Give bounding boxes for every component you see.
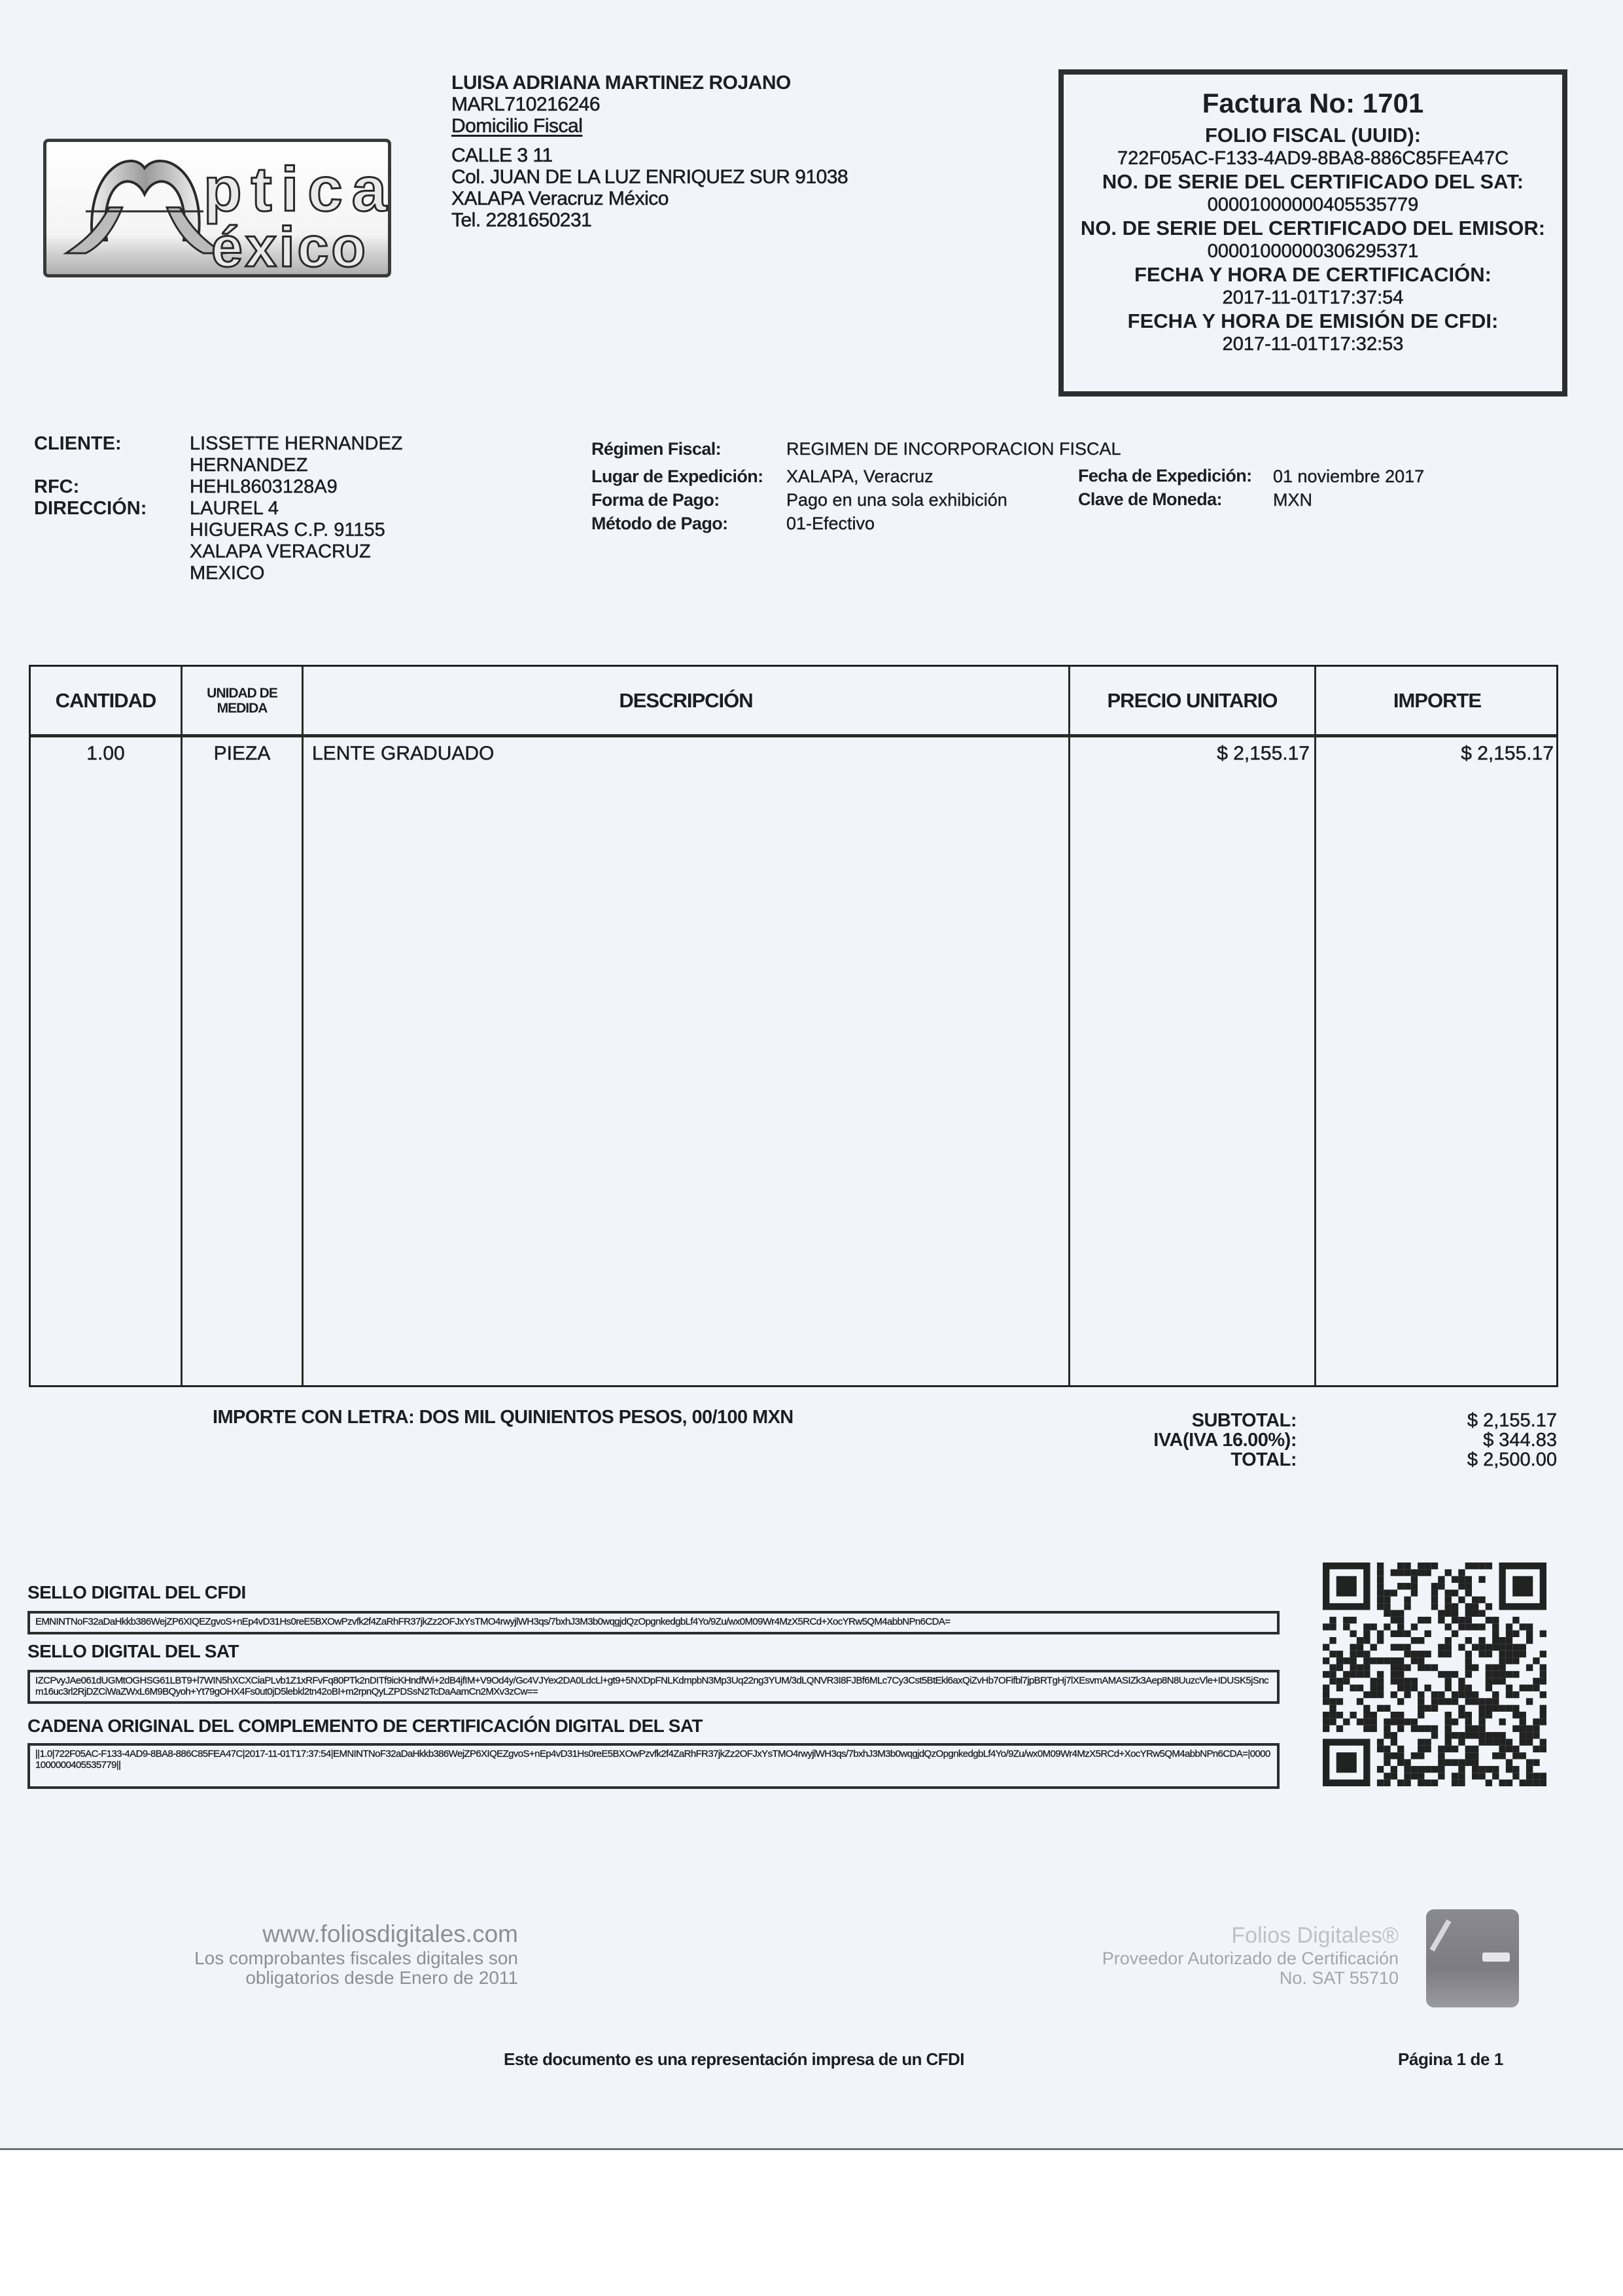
sello-sat-label: SELLO DIGITAL DEL SAT [27, 1641, 239, 1662]
column-divider [1314, 667, 1316, 1385]
metodo-pago-label: Método de Pago: [591, 513, 786, 537]
pac-number: No. SAT 55710 [1047, 1968, 1399, 1988]
seal-stripe [1430, 1919, 1452, 1951]
emision-date-label: FECHA Y HORA DE EMISIÓN DE CFDI: [1064, 309, 1562, 334]
row-importe: $ 2,155.17 [1316, 743, 1554, 765]
moneda-value: MXN [1273, 489, 1565, 513]
page-number: Página 1 de 1 [1398, 2049, 1503, 2070]
iva-value: $ 344.83 [1348, 1430, 1557, 1450]
header-precio-unitario: PRECIO UNITARIO [1070, 667, 1314, 734]
emitter-rfc: MARL710216246 [451, 94, 848, 115]
client-rfc: HEHL8603128A9 [190, 476, 403, 498]
uuid-value: 722F05AC-F133-4AD9-8BA8-886C85FEA47C [1064, 148, 1562, 169]
uuid-label: FOLIO FISCAL (UUID): [1064, 123, 1562, 148]
pac-brand: Folios Digitales® [1047, 1922, 1399, 1949]
cadena-original-label: CADENA ORIGINAL DEL COMPLEMENTO DE CERTI… [27, 1716, 703, 1737]
emitter-colonia: Col. JUAN DE LA LUZ ENRIQUEZ SUR 91038 [451, 166, 848, 188]
client-address-3: XALAPA VERACRUZ [190, 541, 403, 563]
importe-letra-value: DOS MIL QUINIENTOS PESOS, 00/100 MXN [419, 1407, 794, 1428]
emitter-city: XALAPA Veracruz México [451, 188, 848, 209]
client-labels: CLIENTE: RFC: DIRECCIÓN: [34, 433, 147, 520]
emitter-street: CALLE 3 11 [451, 145, 848, 166]
subtotal-label: SUBTOTAL: [1112, 1411, 1297, 1430]
header-descripcion: DESCRIPCIÓN [304, 667, 1068, 734]
row-descripcion: LENTE GRADUADO [312, 743, 494, 765]
totals-values: $ 2,155.17 $ 344.83 $ 2,500.00 [1348, 1411, 1557, 1470]
direccion-label: DIRECCIÓN: [34, 498, 147, 520]
emisor-cert-label: NO. DE SERIE DEL CERTIFICADO DEL EMISOR: [1064, 216, 1562, 241]
header-cantidad: CANTIDAD [31, 667, 181, 734]
pac-note-line2: obligatorios desde Enero de 2011 [131, 1968, 518, 1988]
emitter-name: LUISA ADRIANA MARTINEZ ROJANO [451, 72, 848, 94]
moneda-label: Clave de Moneda: [1078, 489, 1273, 513]
client-values: LISSETTE HERNANDEZ HERNANDEZ HEHL8603128… [190, 433, 403, 584]
company-logo: ptica éxico [43, 139, 391, 277]
cert-date-value: 2017-11-01T17:37:54 [1064, 287, 1562, 309]
row-cantidad: 1.00 [31, 743, 181, 765]
invoice-fiscal-box: Factura No: 1701 FOLIO FISCAL (UUID): 72… [1058, 69, 1567, 397]
forma-pago-value: Pago en una sola exhibición [786, 489, 1078, 513]
sello-sat-value: IZCPvyJAe061dUGMtOGHSG61LBT9+l7WIN5hXCXC… [27, 1670, 1280, 1704]
domicilio-fiscal-label: Domicilio Fiscal [451, 115, 848, 137]
client-address-4: MEXICO [190, 563, 403, 584]
header-unidad-line2: MEDIDA [217, 701, 268, 716]
client-address-2: HIGUERAS C.P. 91155 [190, 520, 403, 541]
emision-date-value: 2017-11-01T17:32:53 [1064, 334, 1562, 355]
pac-info-right: Folios Digitales® Proveedor Autorizado d… [1047, 1922, 1399, 1988]
pac-note-line1: Los comprobantes fiscales digitales son [131, 1949, 518, 1968]
column-divider [302, 667, 304, 1385]
metodo-pago-value: 01-Efectivo [786, 513, 1078, 537]
cert-date-label: FECHA Y HORA DE CERTIFICACIÓN: [1064, 262, 1562, 287]
iva-label: IVA(IVA 16.00%): [1112, 1430, 1297, 1450]
logo-text-mexico: éxico [211, 215, 368, 280]
client-address-1: LAUREL 4 [190, 498, 403, 520]
client-name-2: HERNANDEZ [190, 455, 403, 476]
importe-letra-label: IMPORTE CON LETRA: [213, 1407, 414, 1428]
invoice-number: Factura No: 1701 [1064, 85, 1562, 122]
row-precio: $ 2,155.17 [1070, 743, 1310, 765]
header-unidad-line1: UNIDAD DE [207, 686, 277, 701]
pac-description: Proveedor Autorizado de Certificación [1047, 1949, 1399, 1968]
emisor-cert-value: 00001000000306295371 [1064, 241, 1562, 262]
pac-info-left: www.foliosdigitales.com Los comprobantes… [131, 1920, 518, 1988]
lugar-label: Lugar de Expedición: [591, 466, 786, 489]
total-value: $ 2,500.00 [1348, 1450, 1557, 1470]
items-table: CANTIDAD UNIDAD DE MEDIDA DESCRIPCIÓN PR… [29, 665, 1558, 1387]
fiscal-details: Régimen Fiscal: REGIMEN DE INCORPORACION… [591, 438, 1565, 537]
seal-sticker [1482, 1952, 1510, 1962]
rfc-label: RFC: [34, 476, 147, 498]
scan-bottom-margin [0, 2148, 1623, 2296]
sello-cfdi-label: SELLO DIGITAL DEL CFDI [27, 1582, 246, 1603]
regimen-label: Régimen Fiscal: [591, 438, 786, 462]
emitter-phone: Tel. 2281650231 [451, 209, 848, 231]
printed-representation-note: Este documento es una representación imp… [504, 2049, 964, 2070]
forma-pago-label: Forma de Pago: [591, 489, 786, 513]
header-importe: IMPORTE [1316, 667, 1558, 734]
sat-cert-value: 00001000000405535779 [1064, 194, 1562, 216]
sat-cert-label: NO. DE SERIE DEL CERTIFICADO DEL SAT: [1064, 169, 1562, 194]
subtotal-value: $ 2,155.17 [1348, 1411, 1557, 1430]
emitter-info: LUISA ADRIANA MARTINEZ ROJANO MARL710216… [451, 72, 848, 231]
lugar-value: XALAPA, Veracruz [786, 466, 1078, 489]
column-divider [1068, 667, 1070, 1385]
cadena-original-value: ||1.0|722F05AC-F133-4AD9-8BA8-886C85FEA4… [27, 1743, 1280, 1789]
importe-con-letra: IMPORTE CON LETRA: DOS MIL QUINIENTOS PE… [213, 1407, 794, 1428]
cliente-label: CLIENTE: [34, 433, 147, 455]
fecha-expedicion-value: 01 noviembre 2017 [1273, 466, 1565, 489]
pac-url-link[interactable]: www.foliosdigitales.com [131, 1920, 518, 1949]
column-divider [181, 667, 183, 1385]
fecha-expedicion-label: Fecha de Expedición: [1078, 466, 1273, 489]
totals-labels: SUBTOTAL: IVA(IVA 16.00%): TOTAL: [1112, 1411, 1297, 1470]
sello-cfdi-value: EMNINTNoF32aDaHkkb386WejZP6XIQEZgvoS+nEp… [27, 1611, 1280, 1634]
client-name-1: LISSETTE HERNANDEZ [190, 433, 403, 455]
row-unidad: PIEZA [183, 743, 302, 765]
regimen-value: REGIMEN DE INCORPORACION FISCAL [786, 438, 1121, 462]
header-unidad: UNIDAD DE MEDIDA [183, 667, 302, 734]
sat-certification-seal-icon [1426, 1909, 1519, 2007]
qr-code-icon [1323, 1563, 1546, 1786]
total-label: TOTAL: [1112, 1450, 1297, 1470]
